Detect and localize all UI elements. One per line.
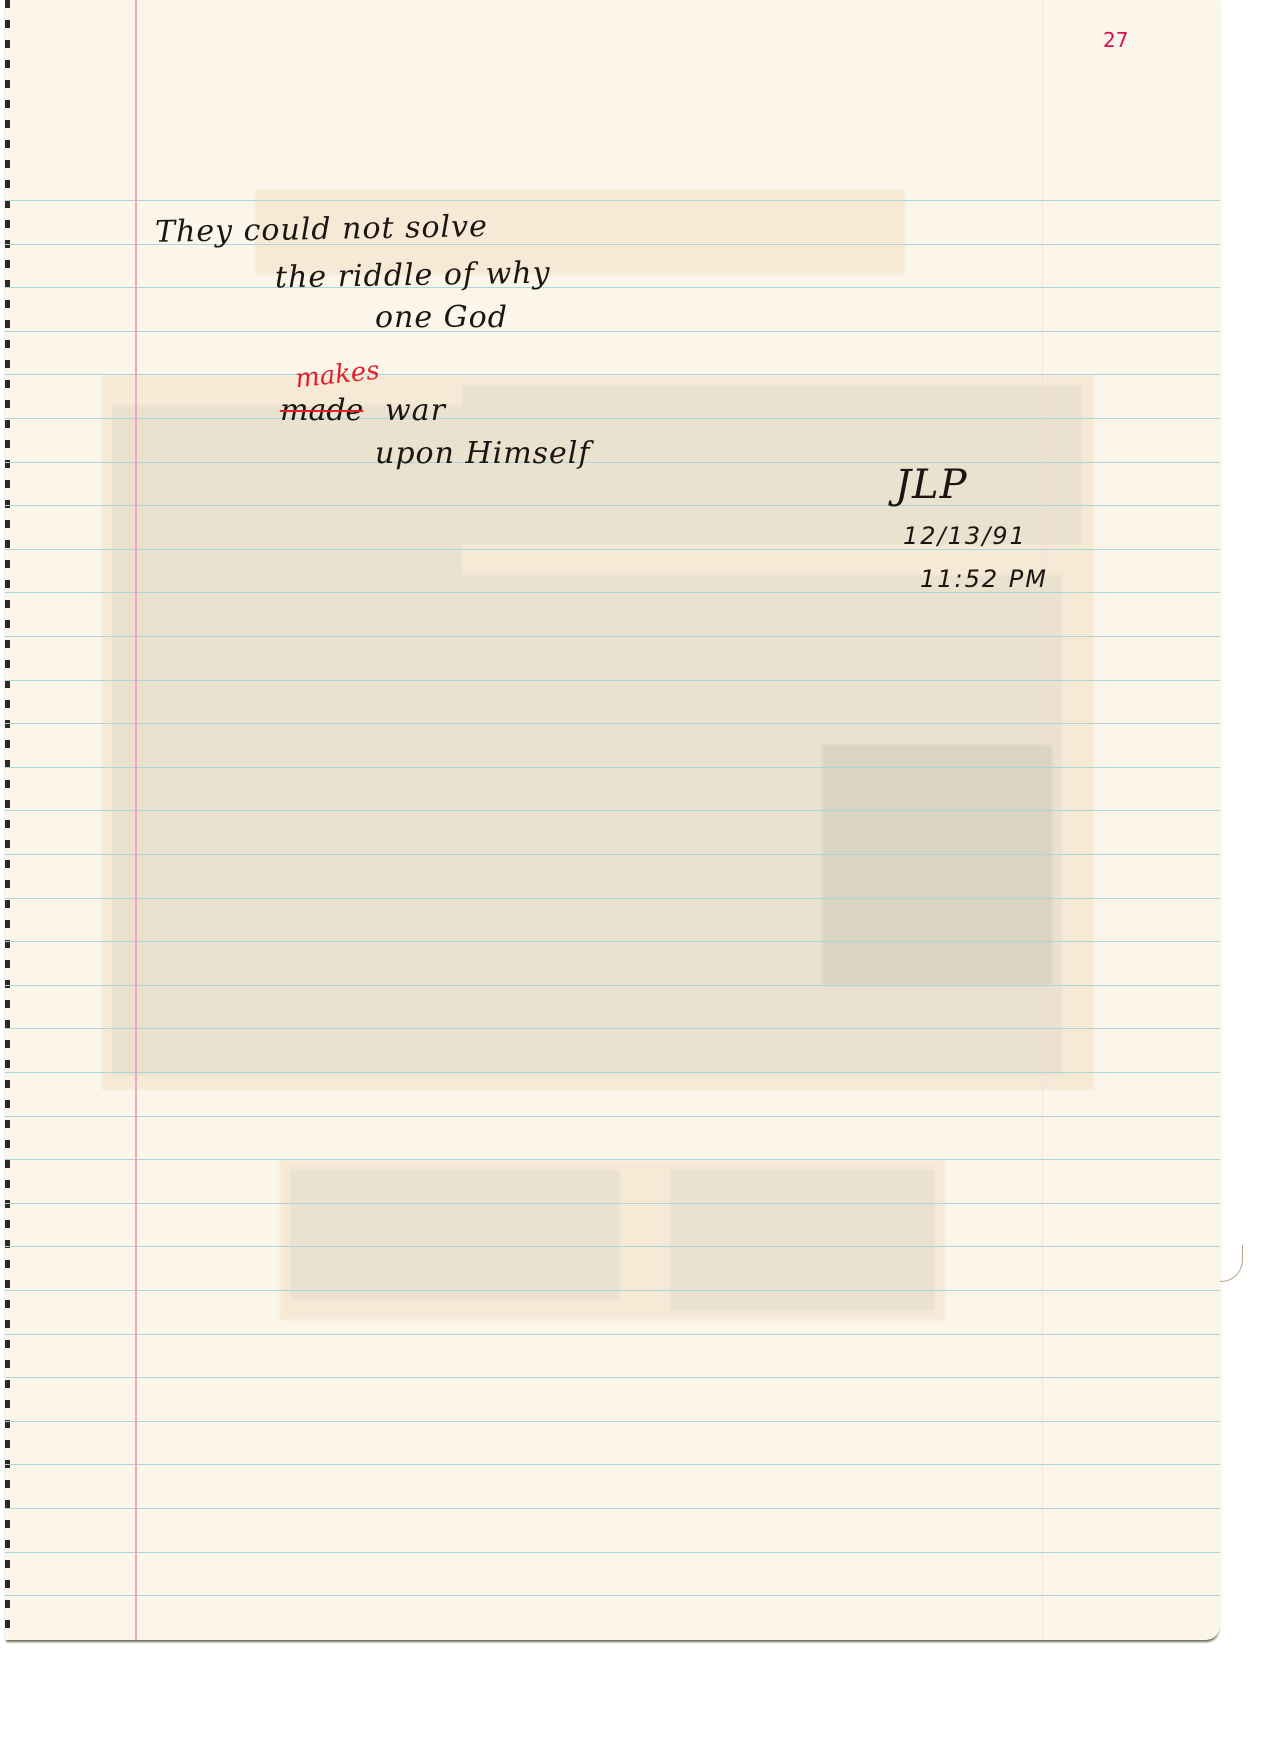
ruled-line: [5, 1203, 1220, 1204]
ruled-line: [5, 418, 1220, 419]
scanned-page: 27 They could not solve the riddle of wh…: [0, 0, 1275, 1754]
page-number: 27: [1103, 28, 1128, 52]
ruled-line: [5, 374, 1220, 375]
ruled-line: [5, 898, 1220, 899]
signature-initials: JLP: [895, 462, 968, 508]
ruled-line: [5, 1595, 1220, 1596]
ruled-line: [5, 1464, 1220, 1465]
ruled-line: [5, 1552, 1220, 1553]
page-curl: [1220, 1245, 1243, 1282]
struck-word: made: [280, 393, 363, 428]
ruled-line: [5, 462, 1220, 463]
margin-line: [135, 0, 137, 1640]
margin-line-right: [1042, 0, 1043, 1640]
ruled-line: [5, 1246, 1220, 1247]
notebook-paper: 27 They could not solve the riddle of wh…: [5, 0, 1220, 1640]
poem-line-4: war: [385, 393, 446, 428]
ruled-line: [5, 941, 1220, 942]
ruled-line: [5, 549, 1220, 550]
ruled-line: [5, 723, 1220, 724]
ruled-line: [5, 985, 1220, 986]
ruled-line: [5, 810, 1220, 811]
poem-line-2: the riddle of why: [275, 256, 551, 296]
ruled-line: [5, 505, 1220, 506]
ruled-line: [5, 287, 1220, 288]
ruled-line: [5, 331, 1220, 332]
ruled-line: [5, 1028, 1220, 1029]
ruled-line: [5, 767, 1220, 768]
poem-line-3: one God: [375, 300, 508, 335]
ruled-line: [5, 1290, 1220, 1291]
ruled-line: [5, 1508, 1220, 1509]
ruled-line: [5, 1116, 1220, 1117]
poem-line-1: They could not solve: [155, 209, 488, 250]
ruled-line: [5, 200, 1220, 201]
ruled-line: [5, 680, 1220, 681]
ruled-line: [5, 1377, 1220, 1378]
ruled-line: [5, 854, 1220, 855]
ruled-line: [5, 1072, 1220, 1073]
ruled-line: [5, 1159, 1220, 1160]
ruled-line: [5, 636, 1220, 637]
ruled-line: [5, 1421, 1220, 1422]
signature-time: 11:52 PM: [920, 565, 1048, 593]
ruled-line: [5, 1334, 1220, 1335]
poem-line-5: upon Himself: [375, 436, 591, 471]
signature-date: 12/13/91: [903, 522, 1027, 550]
